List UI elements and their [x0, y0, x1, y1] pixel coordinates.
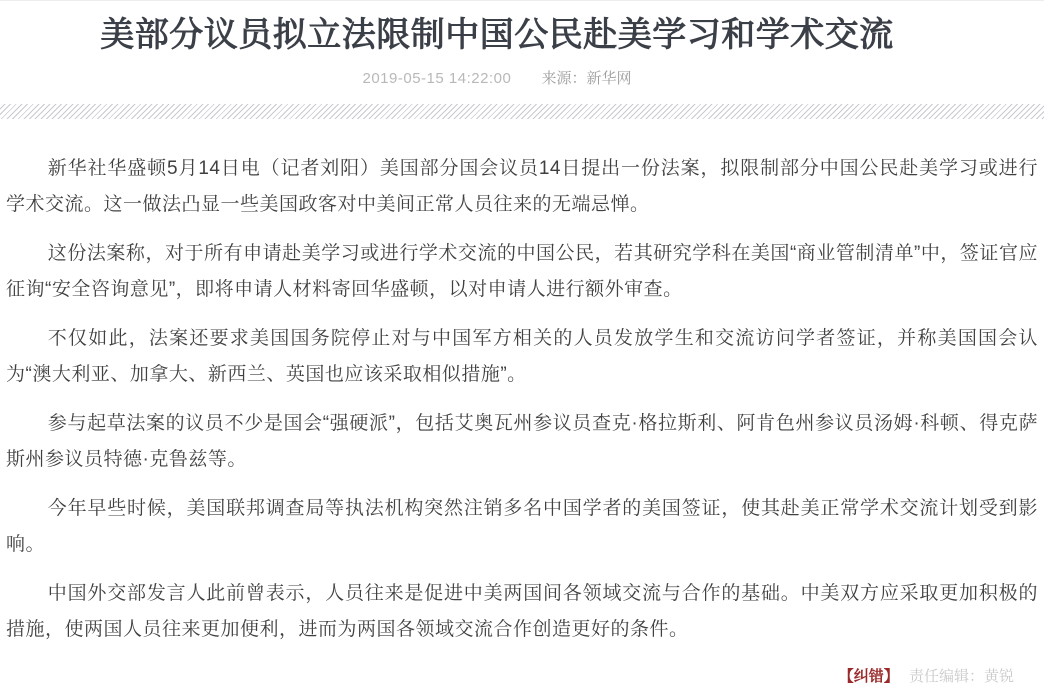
paragraph-2: 这份法案称，对于所有申请赴美学习或进行学术交流的中国公民，若其研究学科在美国“商… — [6, 236, 1038, 308]
diagonal-stripe-divider — [0, 104, 1044, 119]
editor-credit: 责任编辑：黄锐 — [909, 668, 1014, 685]
article-footer: 【纠错】 责任编辑：黄锐 — [839, 665, 1014, 686]
source-credit: 来源：新华网 — [541, 70, 631, 87]
paragraph-5: 今年早些时候，美国联邦调查局等执法机构突然注销多名中国学者的美国签证，使其赴美正… — [6, 491, 1038, 563]
error-correction-link[interactable]: 【纠错】 — [839, 668, 899, 685]
paragraph-3: 不仅如此，法案还要求美国国务院停止对与中国军方相关的人员发放学生和交流访问学者签… — [6, 321, 1038, 393]
article-meta: 2019-05-15 14:22:00 来源：新华网 — [0, 67, 994, 88]
article-header: 美部分议员拟立法限制中国公民赴美学习和学术交流 2019-05-15 14:22… — [0, 1, 994, 88]
paragraph-6: 中国外交部发言人此前曾表示，人员往来是促进中美两国间各领域交流与合作的基础。中美… — [6, 576, 1038, 648]
article-body: 新华社华盛顿5月14日电（记者刘阳）美国部分国会议员14日提出一份法案，拟限制部… — [6, 151, 1038, 661]
publish-datetime: 2019-05-15 14:22:00 — [363, 70, 512, 87]
article-page: 美部分议员拟立法限制中国公民赴美学习和学术交流 2019-05-15 14:22… — [0, 0, 1044, 694]
article-title: 美部分议员拟立法限制中国公民赴美学习和学术交流 — [0, 11, 994, 59]
editor-label: 责任编辑： — [909, 668, 984, 685]
editor-name: 黄锐 — [984, 668, 1014, 685]
paragraph-4: 参与起草法案的议员不少是国会“强硬派”，包括艾奥瓦州参议员查克·格拉斯利、阿肯色… — [6, 406, 1038, 478]
source-name: 新华网 — [586, 70, 631, 87]
source-label: 来源： — [541, 70, 586, 87]
paragraph-1: 新华社华盛顿5月14日电（记者刘阳）美国部分国会议员14日提出一份法案，拟限制部… — [6, 151, 1038, 223]
